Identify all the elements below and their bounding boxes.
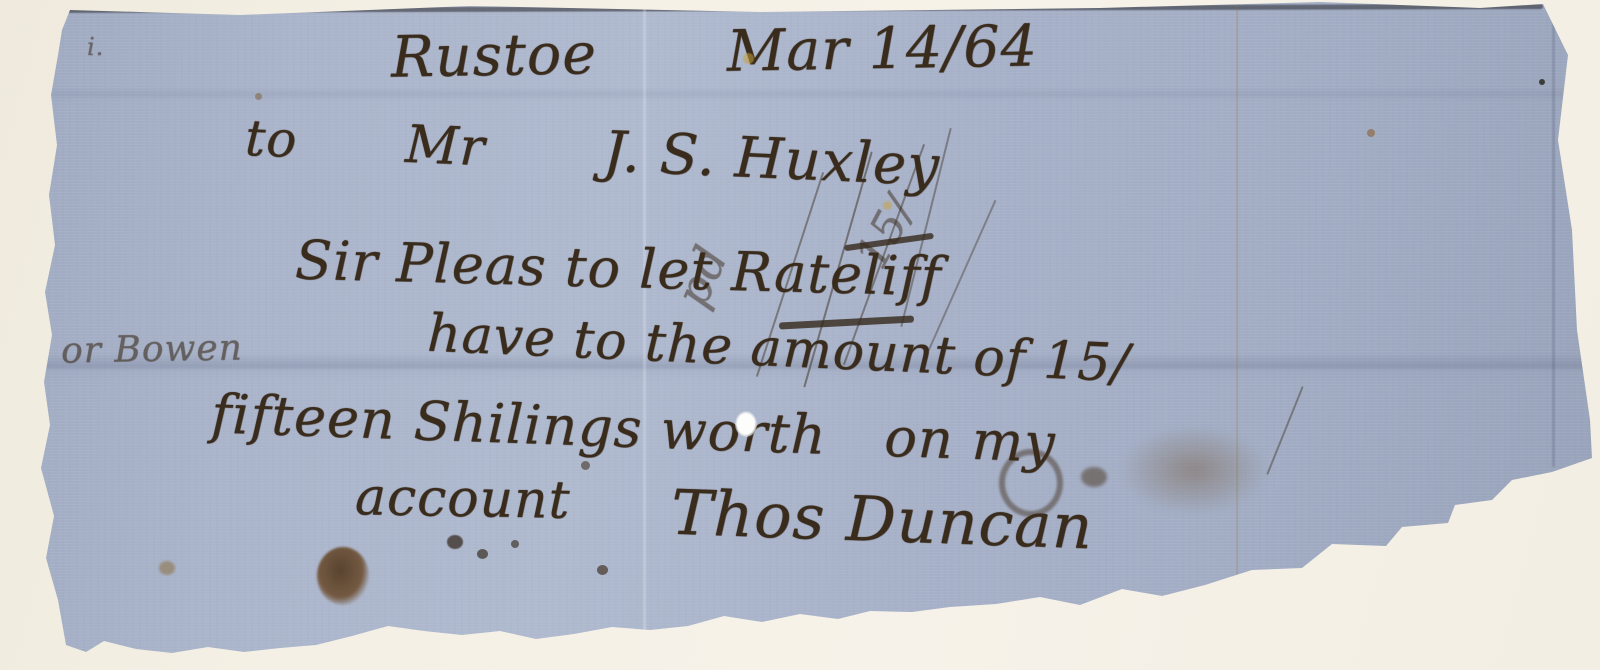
paper-top-edge-shadow: [65, 4, 1543, 13]
paper-sheet: i. RustoeMar 14/64 toMrJ. S. Huxley Sir …: [0, 0, 1599, 667]
dateline-place: Rustoe: [390, 21, 597, 91]
ink-stain-large: [317, 547, 369, 605]
dateline: RustoeMar 14/64: [390, 13, 1038, 90]
brown-dot: [1403, 545, 1416, 557]
body-line-sir: Sir Pleas to let Rateliff: [294, 229, 942, 309]
corner-mark: i.: [87, 33, 104, 61]
on-my-text: on my: [883, 406, 1056, 475]
torn-paper-edge: i. RustoeMar 14/64 toMrJ. S. Huxley Sir …: [0, 0, 1600, 670]
dateline-date: Mar 14/64: [726, 13, 1038, 84]
body-line-amount: have to the amount of 15/: [426, 304, 1131, 395]
scrawl-stroke: [1266, 386, 1303, 475]
margin-insert: or Bowen: [61, 327, 243, 371]
signature: Thos Duncan: [670, 476, 1095, 564]
smudge-right: [1119, 425, 1269, 515]
dark-dot: [1539, 79, 1545, 85]
addressee-line: toMrJ. S. Huxley: [244, 104, 941, 199]
ink-speck-cluster: [447, 535, 463, 549]
fold-crease-vertical-tan: [1236, 0, 1238, 667]
body-line-account: account: [354, 467, 570, 531]
body-line-fifteen: fifteen Shilings worthon my: [210, 382, 1056, 474]
fifteen-shillings-text: fifteen Shilings worth: [210, 382, 827, 466]
fold-crease-vertical-right: [1552, 0, 1555, 467]
faint-stain: [255, 93, 262, 100]
brown-speck: [1367, 129, 1375, 137]
ink-speck: [597, 565, 608, 575]
addressee-name: J. S. Huxley: [602, 119, 941, 199]
addressee-mr: Mr: [404, 115, 487, 178]
fold-crease-horizontal-faint: [0, 87, 1599, 101]
scanned-note: i. RustoeMar 14/64 toMrJ. S. Huxley Sir …: [0, 0, 1600, 670]
ink-speck: [581, 461, 590, 470]
addressee-to: to: [244, 109, 299, 169]
smudge-dark-bit: [1081, 467, 1107, 487]
faint-stain: [159, 561, 175, 575]
ink-speck-cluster: [511, 540, 519, 548]
ink-speck-cluster: [477, 549, 488, 559]
